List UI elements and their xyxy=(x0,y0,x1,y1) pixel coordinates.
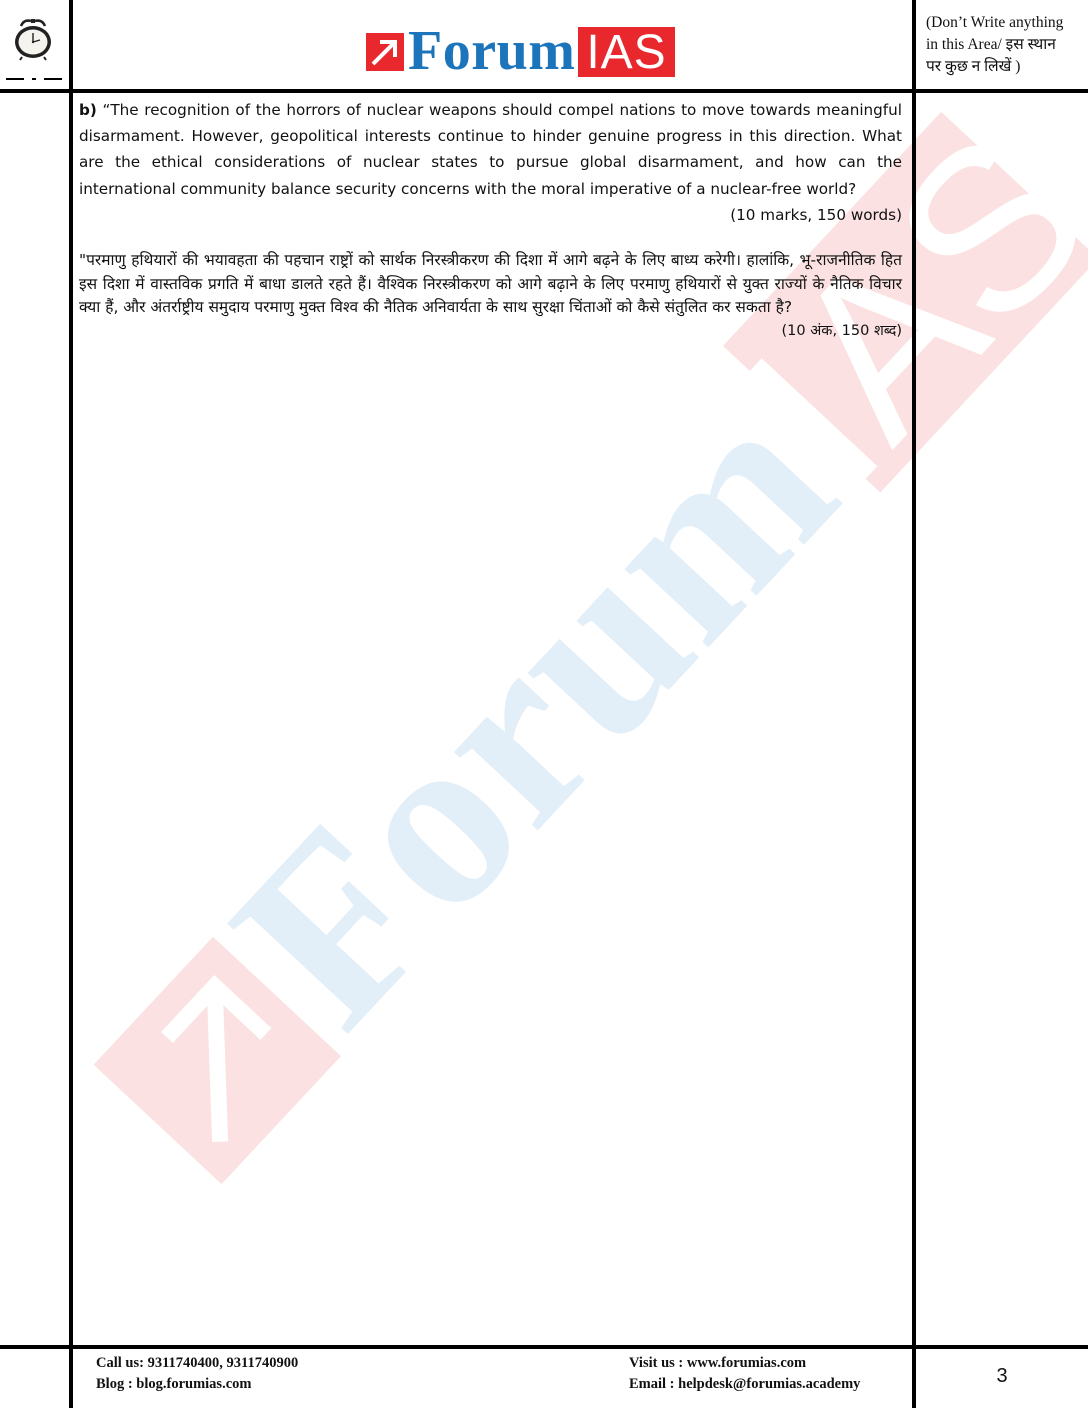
notice-line: पर कुछ न लिखें ) xyxy=(926,56,1086,78)
notice-line: (Don’t Write anything xyxy=(926,12,1086,34)
logo-ias-box: IAS xyxy=(578,27,675,77)
watermark-forum-text: Forum xyxy=(181,349,886,1076)
footer-blog: Blog : blog.forumias.com xyxy=(96,1374,298,1395)
watermark-arrow-icon xyxy=(140,986,295,1141)
arrow-up-right-icon xyxy=(366,33,404,71)
question-english-text: “The recognition of the horrors of nucle… xyxy=(79,101,902,198)
question-hindi-text: "परमाणु हथियारों की भयावहता की पहचान राष… xyxy=(79,251,902,316)
question-hindi: "परमाणु हथियारों की भयावहता की पहचान राष… xyxy=(79,249,902,343)
header-rule xyxy=(0,89,1088,93)
logo-arrow-square xyxy=(366,33,404,71)
do-not-write-notice: (Don’t Write anything in this Area/ इस स… xyxy=(926,12,1086,78)
notice-line: in this Area/ इस स्थान xyxy=(926,34,1086,56)
logo-forum-text: Forum xyxy=(408,21,575,81)
footer-rule xyxy=(0,1345,1088,1349)
footer-web: Visit us : www.forumias.com Email : help… xyxy=(629,1353,860,1395)
right-margin-rule xyxy=(912,0,916,1408)
forumias-logo: Forum IAS xyxy=(366,27,676,77)
question-hindi-marks: (10 अंक, 150 शब्द) xyxy=(782,320,902,344)
left-margin-rule xyxy=(69,0,73,1408)
page-number: 3 xyxy=(916,1365,1088,1388)
footer-email: Email : helpdesk@forumias.academy xyxy=(629,1374,860,1395)
footer-contact: Call us: 9311740400, 9311740900 Blog : b… xyxy=(96,1353,298,1395)
footer-visit: Visit us : www.forumias.com xyxy=(629,1353,860,1374)
alarm-clock-icon xyxy=(12,16,54,62)
logo-ias-text: IAS xyxy=(578,27,675,77)
timer-blank-line xyxy=(6,77,62,81)
footer-call: Call us: 9311740400, 9311740900 xyxy=(96,1353,298,1374)
question-label: b) xyxy=(79,101,97,119)
question-english: b) “The recognition of the horrors of nu… xyxy=(79,97,902,228)
watermark-arrow-square xyxy=(94,937,341,1184)
question-english-marks: (10 marks, 150 words) xyxy=(730,202,902,228)
